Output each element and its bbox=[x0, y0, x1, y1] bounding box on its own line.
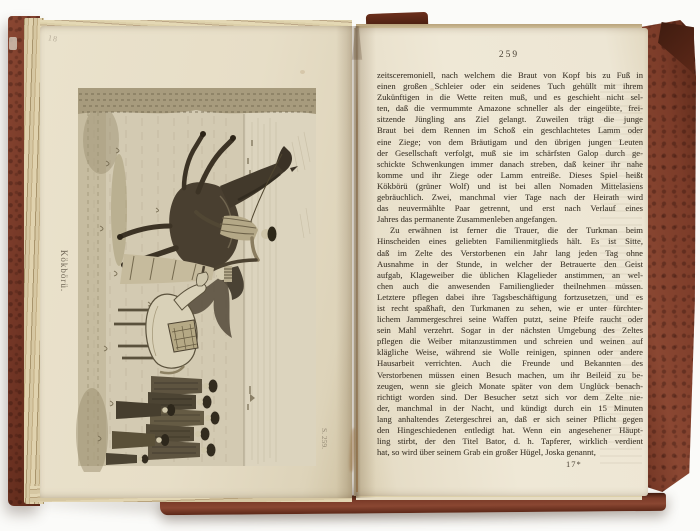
cover-right-edge bbox=[640, 20, 696, 492]
text-line: Zu erwähnen ist ferner die Trauer, die d… bbox=[377, 225, 643, 236]
text-line: komme und ihr Ziege oder Lamm entreiße. … bbox=[377, 170, 643, 181]
text-line: schickte Schwenkungen immer danach streb… bbox=[377, 159, 643, 170]
text-line: Braut bei dem Rennen im Schoß ein geschl… bbox=[377, 125, 643, 136]
text-line: der Gesellschaft verfolgt, muß sie im sc… bbox=[377, 148, 643, 159]
text-line: Verstorbenen müssen einen Besuch machen,… bbox=[377, 370, 643, 381]
text-line: Kökbörü (grüner Wolf) und ist bei allen … bbox=[377, 181, 643, 192]
pencil-mark: 18 bbox=[47, 33, 58, 44]
text-line: chen auch die anwesenden Familienglieder… bbox=[377, 281, 643, 292]
text-line: Letztere pflegen dabei ihre Tagsbeschäft… bbox=[377, 292, 643, 303]
text-line: ten, daß die vermummte Amazone schneller… bbox=[377, 103, 643, 114]
text-line: einen großen Schleier oder ein seidenes … bbox=[377, 81, 643, 92]
text-line: den Hingeschiedenen entledigt hat. Wenn … bbox=[377, 425, 643, 436]
text-line: pflegen die Weiber mitanzustimmen und sc… bbox=[377, 336, 643, 347]
text-line: ist recht spaßhaft, den Turkmanen zu seh… bbox=[377, 303, 643, 314]
kokboru-engraving: Kökbörü. S. 259. bbox=[59, 88, 329, 472]
text-line: Zukünftigen in die Wette reiten muß, und… bbox=[377, 92, 643, 103]
cover-label-fleck bbox=[9, 37, 17, 50]
foxing-spot bbox=[300, 70, 305, 74]
text-line: zeitsceremoniell, nach welchem die Braut… bbox=[377, 70, 643, 81]
gutter-crease bbox=[356, 30, 358, 492]
text-line: Ausnahme in der Stunde, in welcher der B… bbox=[377, 259, 643, 270]
signature-mark: 17* bbox=[566, 459, 582, 469]
text-line: Jahres das permanente Zusammenleben ange… bbox=[377, 214, 643, 225]
text-line: aufgab, Klageweiber die üblichen Klageli… bbox=[377, 270, 643, 281]
text-line: Hausarbeit verrichten. Auch die Freunde … bbox=[377, 358, 643, 369]
text-line: daß im Zelte des Verstorbenen ein Jahr l… bbox=[377, 248, 643, 259]
text-line: sitzende Jüngling ans Ziel gelangt. Zuwe… bbox=[377, 114, 643, 125]
text-line: sein Mahl verzehrt. Sogar in der nächste… bbox=[377, 325, 643, 336]
page-number: 259 bbox=[376, 50, 642, 60]
text-line: ling stirbt, der den Titel Bator, d. h. … bbox=[377, 436, 643, 447]
text-line: der, manchmal in der Nacht, und kündigt … bbox=[377, 403, 643, 414]
book-photo: 18 bbox=[0, 0, 700, 531]
text-line: eine Ziege; von dem Bräutigam und den üb… bbox=[377, 137, 643, 148]
text-line: hat, so wird über seinem Grab ein großer… bbox=[377, 447, 643, 458]
text-line: klägliche Weise, während sie Wolle reini… bbox=[377, 347, 643, 358]
text-line: das neuvermählte Paar getrennt, und erst… bbox=[377, 203, 643, 214]
plate-caption: Kökbörü. bbox=[59, 250, 69, 292]
text-line: zeugen, wenn sie gleich Monate später vo… bbox=[377, 381, 643, 392]
body-text: zeitsceremoniell, nach welchem die Braut… bbox=[377, 70, 643, 458]
text-line: lang anhaltendes Zetergeschrei an, daß e… bbox=[377, 414, 643, 425]
text-line: gebräuchlich. Zwei, manchmal vier Tage n… bbox=[377, 192, 643, 203]
text-line: Hinscheiden eines geliebten Familienmitg… bbox=[377, 236, 643, 247]
kokboru-engraving-plate: Kökbörü. S. 259. bbox=[58, 82, 330, 472]
text-line: lichem Jammergeschrei seine Waffen putzt… bbox=[377, 314, 643, 325]
plate-page-reference: S. 259. bbox=[320, 428, 329, 449]
text-line: richtigt worden sind. Der Besucher setzt… bbox=[377, 392, 643, 403]
